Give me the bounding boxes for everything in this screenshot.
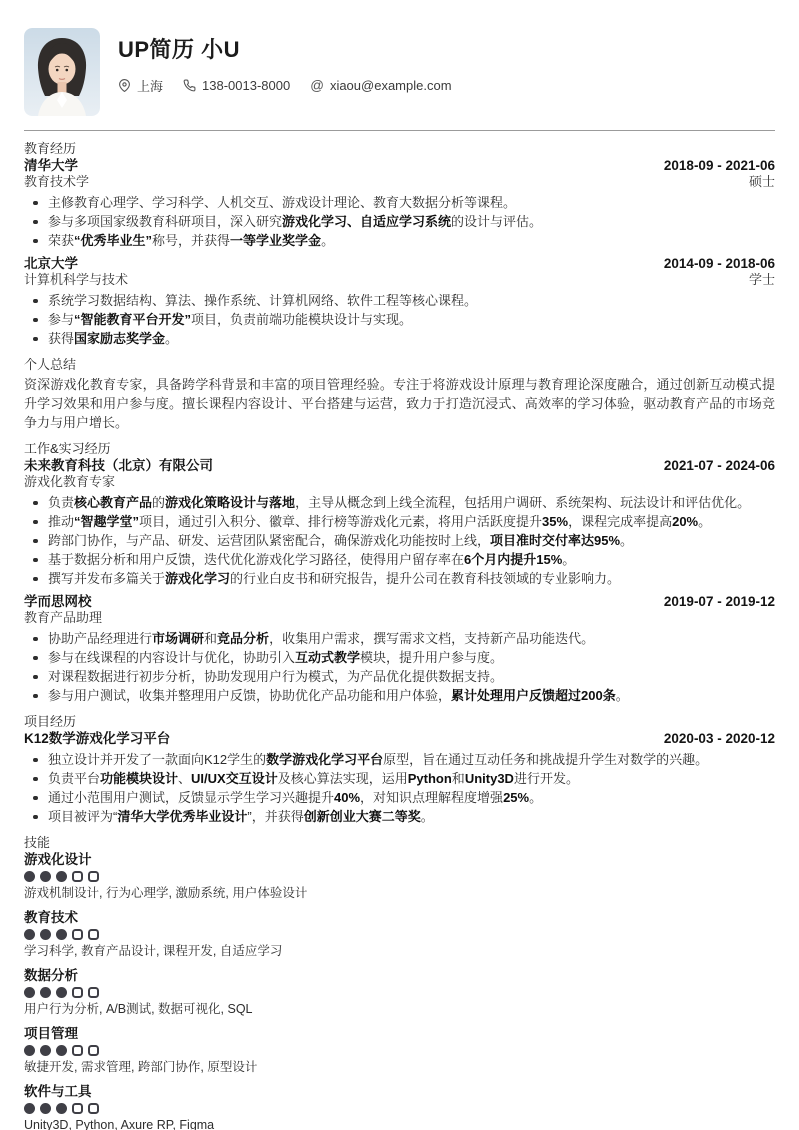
skill-item: 教育技术 学习科学, 教育产品设计, 课程开发, 自适应学习 bbox=[24, 910, 775, 959]
education-entry: 北京大学 2014-09 - 2018-06 计算机科学与技术 学士 系统学习数… bbox=[24, 256, 775, 348]
skill-dot-empty bbox=[88, 1103, 99, 1114]
entry-date: 2021-07 - 2024-06 bbox=[664, 458, 775, 474]
bullet-item: 项目被评为“清华大学优秀毕业设计”，并获得创新创业大赛二等奖。 bbox=[24, 807, 775, 826]
contact-location: 上海 bbox=[118, 76, 163, 95]
skill-dot-filled bbox=[24, 1103, 35, 1114]
header: UP简历 小U 上海 138-0013-8000 @ xiaou@examp bbox=[24, 28, 775, 116]
skill-dot-filled bbox=[24, 1045, 35, 1056]
identity-block: UP简历 小U 上海 138-0013-8000 @ xiaou@examp bbox=[118, 28, 452, 95]
section-title-skills: 技能 bbox=[24, 835, 775, 851]
role-name: 游戏化教育专家 bbox=[24, 474, 115, 490]
email-text: xiaou@example.com bbox=[330, 78, 452, 93]
contact-row: 上海 138-0013-8000 @ xiaou@example.com bbox=[118, 76, 452, 95]
work-entry: 未来教育科技（北京）有限公司 2021-07 - 2024-06 游戏化教育专家… bbox=[24, 458, 775, 588]
skill-dot-filled bbox=[40, 929, 51, 940]
entry-header: 清华大学 2018-09 - 2021-06 bbox=[24, 158, 775, 174]
contact-email: @ xiaou@example.com bbox=[310, 78, 451, 93]
entry-header: 学而思网校 2019-07 - 2019-12 bbox=[24, 594, 775, 610]
skill-dot-filled bbox=[40, 871, 51, 882]
bullet-item: 协助产品经理进行市场调研和竞品分析，收集用户需求，撰写需求文档，支持新产品功能迭… bbox=[24, 629, 775, 648]
skill-name: 教育技术 bbox=[24, 910, 775, 926]
bullet-item: 对课程数据进行初步分析，协助发现用户行为模式，为产品优化提供数据支持。 bbox=[24, 667, 775, 686]
skill-rating bbox=[24, 929, 775, 940]
skill-item: 软件与工具 Unity3D, Python, Axure RP, Figma bbox=[24, 1084, 775, 1130]
skill-item: 游戏化设计 游戏机制设计, 行为心理学, 激励系统, 用户体验设计 bbox=[24, 852, 775, 901]
entry-subheader: 游戏化教育专家 bbox=[24, 474, 775, 490]
skill-rating bbox=[24, 1103, 775, 1114]
bullet-list: 协助产品经理进行市场调研和竞品分析，收集用户需求，撰写需求文档，支持新产品功能迭… bbox=[24, 629, 775, 705]
bullet-list: 负责核心教育产品的游戏化策略设计与落地，主导从概念到上线全流程，包括用户调研、系… bbox=[24, 493, 775, 588]
company-name: 学而思网校 bbox=[24, 594, 92, 610]
bullet-item: 荣获“优秀毕业生”称号，并获得一等学业奖学金。 bbox=[24, 231, 775, 250]
skill-item: 数据分析 用户行为分析, A/B测试, 数据可视化, SQL bbox=[24, 968, 775, 1017]
bullet-list: 主修教育心理学、学习科学、人机交互、游戏设计理论、教育大数据分析等课程。 参与多… bbox=[24, 193, 775, 250]
bullet-item: 推动“智趣学堂”项目，通过引入积分、徽章、排行榜等游戏化元素，将用户活跃度提升3… bbox=[24, 512, 775, 531]
major-name: 教育技术学 bbox=[24, 174, 89, 190]
skill-dot-filled bbox=[56, 871, 67, 882]
section-title-work: 工作&实习经历 bbox=[24, 441, 775, 457]
skill-detail: 学习科学, 教育产品设计, 课程开发, 自适应学习 bbox=[24, 944, 775, 959]
bullet-item: 参与在线课程的内容设计与优化，协助引入互动式教学模块，提升用户参与度。 bbox=[24, 648, 775, 667]
section-title-summary: 个人总结 bbox=[24, 357, 775, 373]
project-name: K12数学游戏化学习平台 bbox=[24, 731, 170, 747]
skill-rating bbox=[24, 987, 775, 998]
skill-rating bbox=[24, 871, 775, 882]
skill-dot-empty bbox=[72, 871, 83, 882]
bullet-item: 系统学习数据结构、算法、操作系统、计算机网络、软件工程等核心课程。 bbox=[24, 291, 775, 310]
entry-subheader: 计算机科学与技术 学士 bbox=[24, 272, 775, 288]
bullet-item: 撰写并发布多篇关于游戏化学习的行业白皮书和研究报告，提升公司在教育科技领域的专业… bbox=[24, 569, 775, 588]
contact-phone: 138-0013-8000 bbox=[183, 78, 290, 93]
phone-icon bbox=[183, 79, 196, 92]
skill-detail: Unity3D, Python, Axure RP, Figma bbox=[24, 1118, 775, 1130]
bullet-item: 通过小范围用户测试，反馈显示学生学习兴趣提升40%，对知识点理解程度增强25%。 bbox=[24, 788, 775, 807]
skill-name: 软件与工具 bbox=[24, 1084, 775, 1100]
skill-dot-empty bbox=[88, 1045, 99, 1056]
skill-detail: 游戏机制设计, 行为心理学, 激励系统, 用户体验设计 bbox=[24, 886, 775, 901]
skill-dot-filled bbox=[24, 871, 35, 882]
project-entry: K12数学游戏化学习平台 2020-03 - 2020-12 独立设计并开发了一… bbox=[24, 731, 775, 826]
section-education: 教育经历 清华大学 2018-09 - 2021-06 教育技术学 硕士 主修教… bbox=[24, 141, 775, 348]
degree-name: 硕士 bbox=[749, 174, 775, 190]
education-entry: 清华大学 2018-09 - 2021-06 教育技术学 硕士 主修教育心理学、… bbox=[24, 158, 775, 250]
skill-dot-filled bbox=[40, 1045, 51, 1056]
skill-dot-filled bbox=[24, 987, 35, 998]
bullet-item: 负责核心教育产品的游戏化策略设计与落地，主导从概念到上线全流程，包括用户调研、系… bbox=[24, 493, 775, 512]
bullet-item: 获得国家励志奖学金。 bbox=[24, 329, 775, 348]
skill-dot-filled bbox=[56, 1045, 67, 1056]
major-name: 计算机科学与技术 bbox=[24, 272, 128, 288]
skill-dot-empty bbox=[72, 929, 83, 940]
skill-dot-filled bbox=[56, 1103, 67, 1114]
skill-dot-filled bbox=[56, 987, 67, 998]
bullet-item: 负责平台功能模块设计、UI/UX交互设计及核心算法实现，运用Python和Uni… bbox=[24, 769, 775, 788]
skill-dot-empty bbox=[88, 929, 99, 940]
school-name: 北京大学 bbox=[24, 256, 78, 272]
bullet-list: 独立设计并开发了一款面向K12学生的数学游戏化学习平台原型，旨在通过互动任务和挑… bbox=[24, 750, 775, 826]
bullet-item: 参与用户测试，收集并整理用户反馈，协助优化产品功能和用户体验，累计处理用户反馈超… bbox=[24, 686, 775, 705]
entry-header: K12数学游戏化学习平台 2020-03 - 2020-12 bbox=[24, 731, 775, 747]
section-summary: 个人总结 资深游戏化教育专家，具备跨学科背景和丰富的项目管理经验。专注于将游戏设… bbox=[24, 357, 775, 432]
entry-date: 2019-07 - 2019-12 bbox=[664, 594, 775, 610]
skill-name: 游戏化设计 bbox=[24, 852, 775, 868]
bullet-item: 跨部门协作，与产品、研发、运营团队紧密配合，确保游戏化功能按时上线，项目准时交付… bbox=[24, 531, 775, 550]
skill-dot-empty bbox=[72, 987, 83, 998]
skill-rating bbox=[24, 1045, 775, 1056]
role-name: 教育产品助理 bbox=[24, 610, 102, 626]
location-text: 上海 bbox=[137, 76, 163, 95]
skill-name: 项目管理 bbox=[24, 1026, 775, 1042]
profile-photo-illustration bbox=[24, 28, 100, 116]
entry-header: 北京大学 2014-09 - 2018-06 bbox=[24, 256, 775, 272]
work-entry: 学而思网校 2019-07 - 2019-12 教育产品助理 协助产品经理进行市… bbox=[24, 594, 775, 705]
skill-name: 数据分析 bbox=[24, 968, 775, 984]
bullet-item: 独立设计并开发了一款面向K12学生的数学游戏化学习平台原型，旨在通过互动任务和挑… bbox=[24, 750, 775, 769]
resume-page: UP简历 小U 上海 138-0013-8000 @ xiaou@examp bbox=[0, 0, 799, 1130]
candidate-name: UP简历 小U bbox=[118, 37, 452, 63]
skill-detail: 敏捷开发, 需求管理, 跨部门协作, 原型设计 bbox=[24, 1060, 775, 1075]
section-title-projects: 项目经历 bbox=[24, 714, 775, 730]
location-pin-icon bbox=[118, 79, 131, 92]
skill-dot-filled bbox=[56, 929, 67, 940]
section-title-education: 教育经历 bbox=[24, 141, 775, 157]
skill-item: 项目管理 敏捷开发, 需求管理, 跨部门协作, 原型设计 bbox=[24, 1026, 775, 1075]
skill-dot-filled bbox=[40, 987, 51, 998]
entry-header: 未来教育科技（北京）有限公司 2021-07 - 2024-06 bbox=[24, 458, 775, 474]
at-icon: @ bbox=[310, 79, 324, 92]
school-name: 清华大学 bbox=[24, 158, 78, 174]
section-skills: 技能 游戏化设计 游戏机制设计, 行为心理学, 激励系统, 用户体验设计 教育技… bbox=[24, 835, 775, 1130]
entry-date: 2018-09 - 2021-06 bbox=[664, 158, 775, 174]
skill-detail: 用户行为分析, A/B测试, 数据可视化, SQL bbox=[24, 1002, 775, 1017]
company-name: 未来教育科技（北京）有限公司 bbox=[24, 458, 213, 474]
section-work: 工作&实习经历 未来教育科技（北京）有限公司 2021-07 - 2024-06… bbox=[24, 441, 775, 705]
bullet-item: 主修教育心理学、学习科学、人机交互、游戏设计理论、教育大数据分析等课程。 bbox=[24, 193, 775, 212]
phone-text: 138-0013-8000 bbox=[202, 78, 290, 93]
degree-name: 学士 bbox=[749, 272, 775, 288]
entry-subheader: 教育技术学 硕士 bbox=[24, 174, 775, 190]
summary-paragraph: 资深游戏化教育专家，具备跨学科背景和丰富的项目管理经验。专注于将游戏设计原理与教… bbox=[24, 375, 775, 432]
section-projects: 项目经历 K12数学游戏化学习平台 2020-03 - 2020-12 独立设计… bbox=[24, 714, 775, 826]
bullet-item: 参与“智能教育平台开发”项目，负责前端功能模块设计与实现。 bbox=[24, 310, 775, 329]
skill-dot-empty bbox=[88, 987, 99, 998]
skill-dot-filled bbox=[40, 1103, 51, 1114]
header-divider bbox=[24, 130, 775, 131]
bullet-item: 参与多项国家级教育科研项目，深入研究游戏化学习、自适应学习系统的设计与评估。 bbox=[24, 212, 775, 231]
entry-date: 2020-03 - 2020-12 bbox=[664, 731, 775, 747]
bullet-list: 系统学习数据结构、算法、操作系统、计算机网络、软件工程等核心课程。 参与“智能教… bbox=[24, 291, 775, 348]
entry-subheader: 教育产品助理 bbox=[24, 610, 775, 626]
entry-date: 2014-09 - 2018-06 bbox=[664, 256, 775, 272]
bullet-item: 基于数据分析和用户反馈，迭代优化游戏化学习路径，使得用户留存率在6个月内提升15… bbox=[24, 550, 775, 569]
profile-photo bbox=[24, 28, 100, 116]
skill-dot-empty bbox=[88, 871, 99, 882]
skill-dot-empty bbox=[72, 1103, 83, 1114]
skill-dot-empty bbox=[72, 1045, 83, 1056]
skill-dot-filled bbox=[24, 929, 35, 940]
